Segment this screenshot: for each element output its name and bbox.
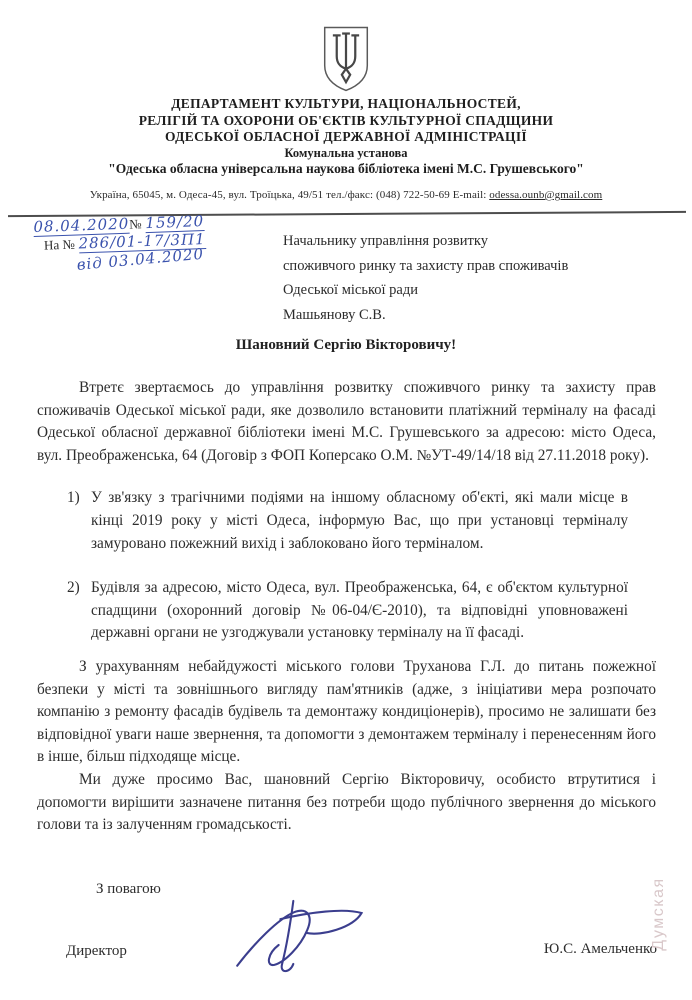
signature-icon bbox=[228, 888, 388, 983]
reference-number-label: На № bbox=[44, 237, 75, 253]
org-line-2: РЕЛІГІЙ ТА ОХОРОНИ ОБ'ЄКТІВ КУЛЬТУРНОЇ С… bbox=[0, 113, 692, 130]
list-item: 1) У зв'язку з трагічними подіями на інш… bbox=[67, 487, 628, 555]
recipient-line: Машьянову С.В. bbox=[283, 303, 568, 328]
org-line-1: ДЕПАРТАМЕНТ КУЛЬТУРИ, НАЦІОНАЛЬНОСТЕЙ, bbox=[0, 96, 692, 113]
list-item-text: У зв'язку з трагічними подіями на іншому… bbox=[91, 487, 628, 555]
handwritten-signature bbox=[228, 888, 388, 988]
number-sign-label: № bbox=[129, 216, 142, 231]
org-line-3: ОДЕСЬКОЇ ОБЛАСНОЇ ДЕРЖАВНОЇ АДМІНІСТРАЦІ… bbox=[0, 129, 692, 146]
recipient-line: Одеської міської ради bbox=[283, 278, 568, 303]
signer-name: Ю.С. Амельченко bbox=[544, 941, 657, 958]
numbered-list: 1) У зв'язку з трагічними подіями на інш… bbox=[67, 487, 628, 645]
recipient-block: Начальнику управління розвитку споживчог… bbox=[283, 229, 568, 327]
body-paragraph-2: З урахуванням небайдужості міського голо… bbox=[37, 656, 656, 769]
signer-title: Директор bbox=[66, 943, 127, 960]
contact-address: Україна, 65045, м. Одеса-45, вул. Троїць… bbox=[90, 189, 490, 201]
recipient-line: споживчого ринку та захисту прав спожива… bbox=[283, 254, 568, 279]
salutation: Шановний Сергію Вікторовичу! bbox=[0, 337, 692, 354]
email-address: odessa.ounb@gmail.com bbox=[489, 189, 602, 201]
ukraine-trident-emblem-icon bbox=[321, 24, 371, 94]
list-item: 2) Будівля за адресою, місто Одеса, вул.… bbox=[67, 577, 628, 645]
body-paragraph-1: Втретє звертаємось до управління розвитк… bbox=[37, 377, 656, 467]
registration-block: 08.04.2020№ 159/20 На № 286/01-17/3П1 ві… bbox=[33, 213, 206, 273]
recipient-line: Начальнику управління розвитку bbox=[283, 229, 568, 254]
list-item-marker: 1) bbox=[67, 487, 91, 555]
watermark-label: Думская bbox=[650, 849, 668, 979]
emblem-container bbox=[0, 24, 692, 99]
closing-regards: З повагою bbox=[96, 881, 161, 898]
list-item-marker: 2) bbox=[67, 577, 91, 645]
body-paragraph-3: Ми дуже просимо Вас, шановний Сергію Вік… bbox=[37, 769, 656, 837]
letter-body: Втретє звертаємось до управління розвитк… bbox=[37, 377, 656, 837]
org-type-label: Комунальна установа bbox=[0, 146, 692, 161]
scanned-letter-page: ДЕПАРТАМЕНТ КУЛЬТУРИ, НАЦІОНАЛЬНОСТЕЙ, Р… bbox=[0, 0, 692, 1000]
institution-name: "Одеська обласна універсальна наукова бі… bbox=[0, 161, 692, 177]
organization-name: ДЕПАРТАМЕНТ КУЛЬТУРИ, НАЦІОНАЛЬНОСТЕЙ, Р… bbox=[0, 96, 692, 146]
contact-line: Україна, 65045, м. Одеса-45, вул. Троїць… bbox=[0, 189, 692, 201]
list-item-text: Будівля за адресою, місто Одеса, вул. Пр… bbox=[91, 577, 628, 645]
